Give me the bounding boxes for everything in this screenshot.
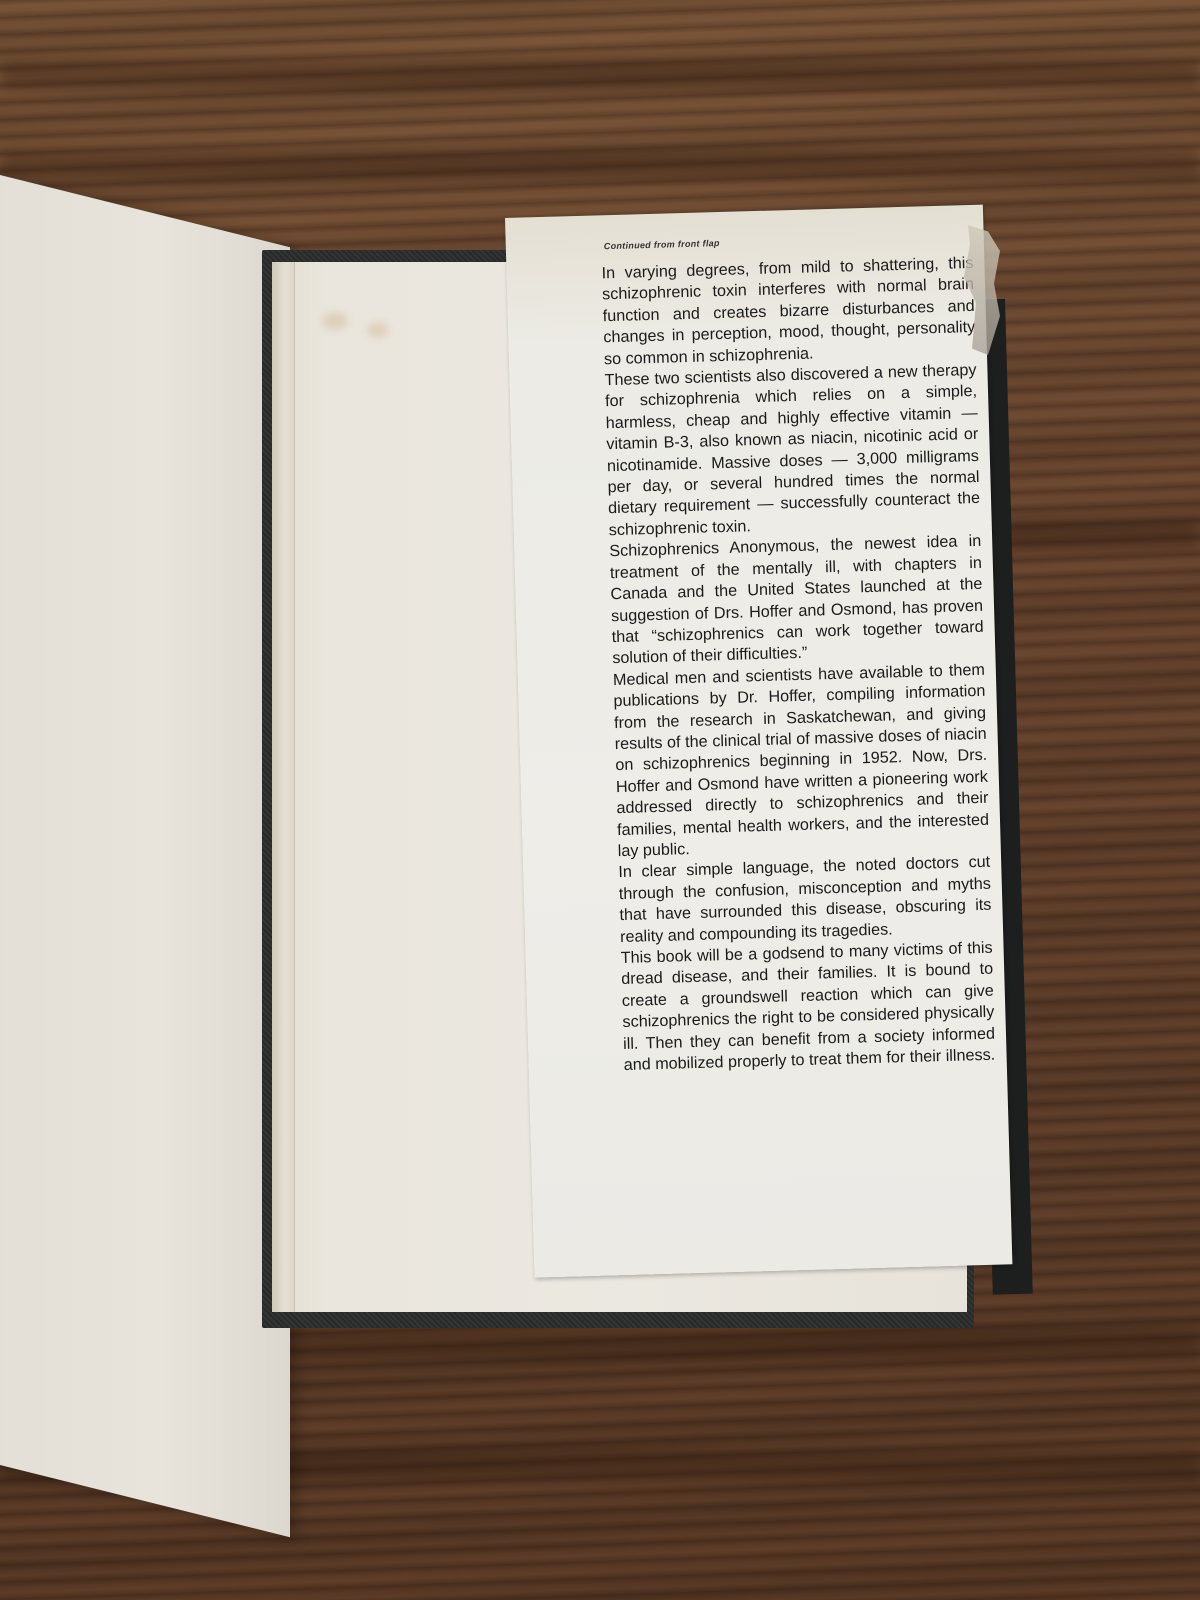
flap-paragraph: Medical men and scientists have availabl…	[613, 660, 990, 863]
foxing-stain	[367, 322, 389, 338]
flap-paragraph: These two scientists also discovered a n…	[604, 360, 981, 542]
dust-jacket-flap: Continued from front flap In varying deg…	[505, 205, 1012, 1278]
left-flyleaf-page	[0, 165, 290, 1537]
flap-body-text: In varying degrees, from mild to shatter…	[601, 253, 996, 1077]
flap-paragraph: In clear simple language, the noted doc­…	[618, 852, 992, 948]
foxing-stain	[322, 312, 348, 330]
flap-paragraph: In varying degrees, from mild to shatter…	[601, 253, 976, 370]
flap-header: Continued from front flap	[604, 238, 720, 251]
flap-paragraph: This book will be a godsend to many vic­…	[620, 938, 995, 1077]
wood-grain	[0, 60, 1200, 90]
page-gutter	[272, 262, 295, 1312]
wood-grain	[0, 150, 1200, 180]
flap-paragraph: Schizophrenics Anonymous, the newest ide…	[609, 531, 984, 670]
